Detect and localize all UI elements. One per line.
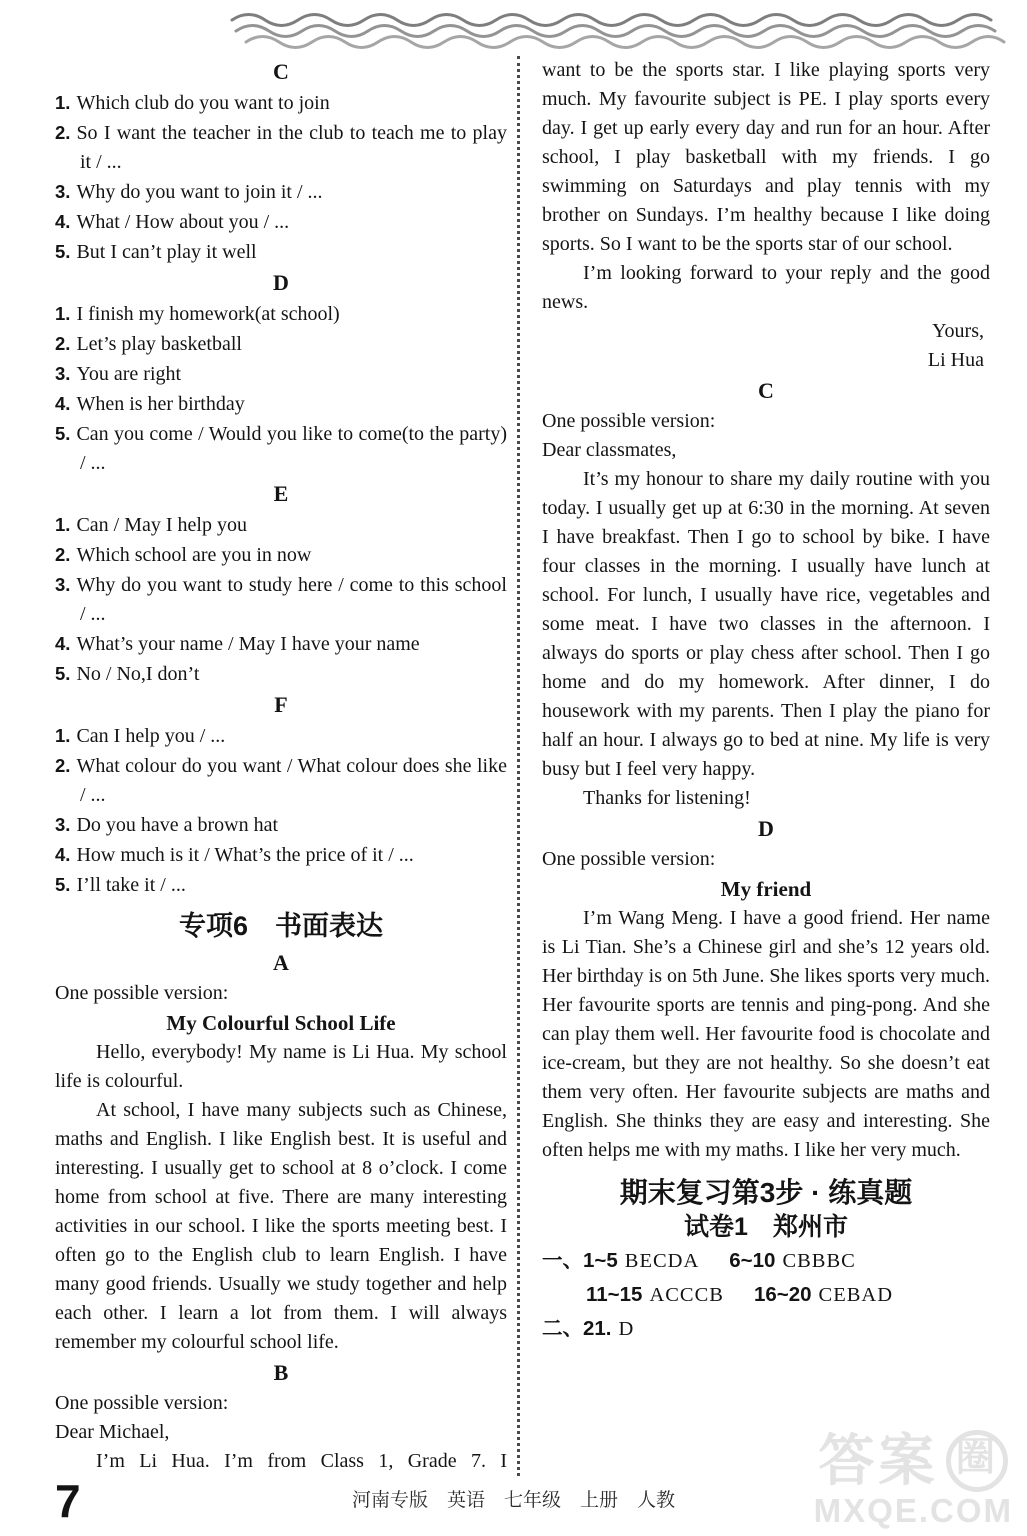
answer-letters: D [612, 1318, 635, 1340]
answer-letters: ACCCB [642, 1284, 724, 1306]
item-text: But I can’t play it well [76, 241, 256, 263]
answer-letters: CEBAD [812, 1284, 893, 1306]
item-number: 3. [55, 574, 76, 595]
item-number: 2. [55, 122, 76, 143]
item-number: 1. [55, 514, 76, 535]
one-possible-version-label: One possible version: [55, 1389, 507, 1418]
list-item: 1.I finish my homework(at school) [55, 299, 507, 329]
item-number: 5. [55, 874, 76, 895]
section-header-d: D [55, 268, 507, 298]
item-text: No / No,I don’t [76, 663, 199, 685]
item-text: I finish my homework(at school) [76, 303, 339, 325]
item-number: 1. [55, 725, 76, 746]
exam-review-heading: 期末复习第3步 · 练真题 [542, 1175, 990, 1211]
answer-row: 二、21.D [542, 1312, 990, 1346]
item-text: Why do you want to study here / come to … [76, 574, 507, 625]
list-item: 5.No / No,I don’t [55, 659, 507, 689]
topic6-heading: 专项6 书面表达 [55, 909, 507, 943]
item-number: 4. [55, 393, 76, 414]
item-text: You are right [76, 363, 181, 385]
two-column-layout: C 1.Which club do you want to join 2.So … [55, 56, 990, 1476]
item-number: 2. [55, 333, 76, 354]
item-number: 1. [55, 92, 76, 113]
list-item: 3.Do you have a brown hat [55, 810, 507, 840]
list-item: 3.Why do you want to join it / ... [55, 177, 507, 207]
list-item: 4.What’s your name / May I have your nam… [55, 629, 507, 659]
answer-row: 11~15ACCCB16~20CEBAD [542, 1278, 990, 1312]
item-text: Which club do you want to join [76, 92, 329, 114]
item-number: 4. [55, 633, 76, 654]
item-text: What’s your name / May I have your name [76, 633, 419, 655]
paper-heading: 试卷1 郑州市 [542, 1211, 990, 1244]
list-item: 4.When is her birthday [55, 389, 507, 419]
item-number: 5. [55, 241, 76, 262]
item-text: Can you come / Would you like to come(to… [76, 423, 507, 474]
essay-paragraph: I’m Li Hua. I’m from Class 1, Grade 7. I [55, 1447, 507, 1476]
item-text: What / How about you / ... [76, 211, 289, 233]
section-header-b: B [55, 1358, 507, 1388]
right-column: want to be the sports star. I like playi… [520, 56, 990, 1476]
item-number: 3. [55, 363, 76, 384]
essay-paragraph: At school, I have many subjects such as … [55, 1096, 507, 1357]
edition-footer: 河南专版 英语 七年级 上册 人教 [0, 1485, 1027, 1512]
left-column: C 1.Which club do you want to join 2.So … [55, 56, 507, 1476]
item-text: When is her birthday [76, 393, 244, 415]
item-number: 5. [55, 663, 76, 684]
item-number: 1. [55, 303, 76, 324]
list-item: 3.Why do you want to study here / come t… [55, 570, 507, 629]
list-item: 1.Can / May I help you [55, 510, 507, 540]
item-number: 5. [55, 423, 76, 444]
list-item: 2.So I want the teacher in the club to t… [55, 118, 507, 177]
item-number: 3. [55, 181, 76, 202]
item-text: Which school are you in now [76, 544, 311, 566]
answer-letters: CBBBC [775, 1250, 855, 1272]
list-item: 5.Can you come / Would you like to come(… [55, 419, 507, 478]
letter-salutation: Dear classmates, [542, 436, 990, 465]
list-item: 1.Which club do you want to join [55, 88, 507, 118]
one-possible-version-label: One possible version: [542, 407, 990, 436]
answer-range: 1~5 [583, 1249, 618, 1272]
section-header-c: C [542, 376, 990, 406]
essay-paragraph: It’s my honour to share my daily routine… [542, 465, 990, 784]
answer-section-label: 一、 [542, 1249, 583, 1272]
item-number: 4. [55, 211, 76, 232]
item-number: 3. [55, 814, 76, 835]
answer-number: 21. [583, 1317, 612, 1340]
essay-title: My friend [542, 874, 990, 904]
list-item: 3.You are right [55, 359, 507, 389]
item-text: So I want the teacher in the club to tea… [76, 122, 507, 173]
essay-title: My Colourful School Life [55, 1008, 507, 1038]
list-item: 2.Which school are you in now [55, 540, 507, 570]
list-item: 2.Let’s play basketball [55, 329, 507, 359]
item-text: Why do you want to join it / ... [76, 181, 322, 203]
item-text: Can / May I help you [76, 514, 247, 536]
item-text: I’ll take it / ... [76, 874, 185, 896]
one-possible-version-label: One possible version: [542, 845, 990, 874]
answer-range: 16~20 [754, 1283, 812, 1306]
essay-paragraph: I’m looking forward to your reply and th… [542, 259, 990, 317]
item-text: What colour do you want / What colour do… [76, 755, 507, 806]
item-number: 4. [55, 844, 76, 865]
one-possible-version-label: One possible version: [55, 979, 507, 1008]
answer-row: 一、1~5BECDA6~10CBBBC [542, 1244, 990, 1278]
list-item: 4.What / How about you / ... [55, 207, 507, 237]
wavy-divider-icon [226, 10, 1008, 52]
essay-paragraph-continuation: want to be the sports star. I like playi… [542, 56, 990, 259]
item-text: Can I help you / ... [76, 725, 225, 747]
section-header-a: A [55, 948, 507, 978]
essay-paragraph: I’m Wang Meng. I have a good friend. Her… [542, 904, 990, 1165]
list-item: 5.But I can’t play it well [55, 237, 507, 267]
list-item: 4.How much is it / What’s the price of i… [55, 840, 507, 870]
item-number: 2. [55, 544, 76, 565]
item-text: How much is it / What’s the price of it … [76, 844, 413, 866]
answer-letters: BECDA [618, 1250, 699, 1272]
item-text: Do you have a brown hat [76, 814, 278, 836]
answer-section-label: 二、 [542, 1317, 583, 1340]
item-number: 2. [55, 755, 76, 776]
section-header-f: F [55, 690, 507, 720]
answer-range: 6~10 [729, 1249, 775, 1272]
letter-closing: Yours, [542, 317, 990, 346]
essay-paragraph: Thanks for listening! [542, 784, 990, 813]
section-header-e: E [55, 479, 507, 509]
list-item: 5.I’ll take it / ... [55, 870, 507, 900]
letter-signature: Li Hua [542, 346, 990, 375]
letter-salutation: Dear Michael, [55, 1418, 507, 1447]
answer-range: 11~15 [586, 1283, 642, 1306]
list-item: 1.Can I help you / ... [55, 721, 507, 751]
item-text: Let’s play basketball [76, 333, 242, 355]
essay-paragraph: Hello, everybody! My name is Li Hua. My … [55, 1038, 507, 1096]
section-header-d: D [542, 814, 990, 844]
list-item: 2.What colour do you want / What colour … [55, 751, 507, 810]
section-header-c: C [55, 57, 507, 87]
scanned-answer-page: C 1.Which club do you want to join 2.So … [0, 0, 1027, 1536]
